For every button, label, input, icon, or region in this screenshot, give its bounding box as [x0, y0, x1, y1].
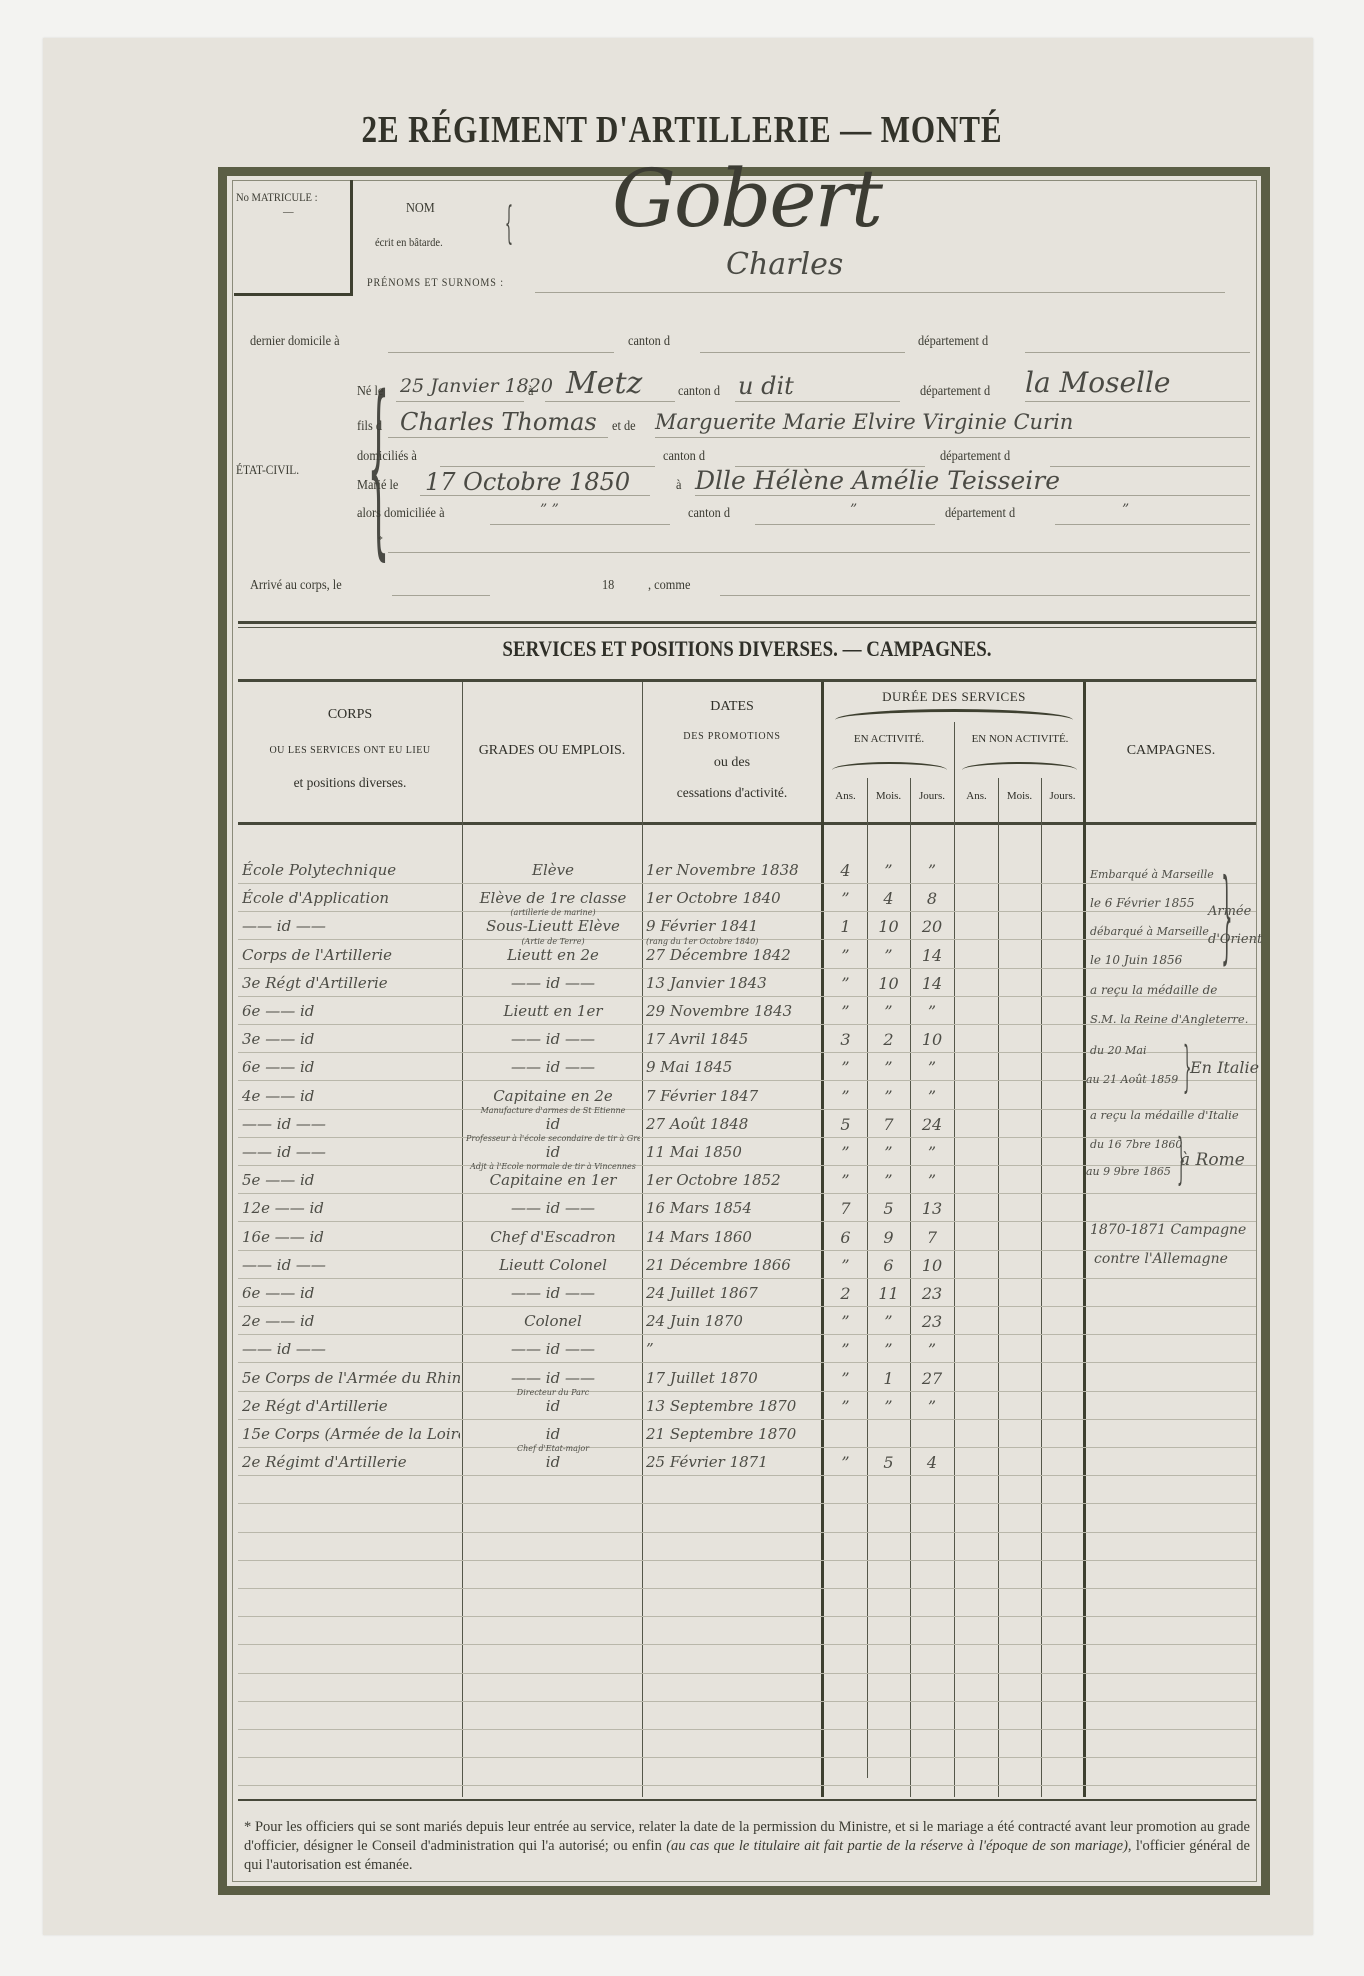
date-cell: 21 Septembre 1870 — [646, 1425, 820, 1443]
date-cell: ” — [646, 1340, 820, 1358]
grade-cell: id — [466, 1143, 640, 1161]
duration-ans: 5 — [824, 1115, 867, 1134]
grade-note: Manufacture d'armes de St Etienne — [466, 1106, 640, 1115]
col-divider-campagnes — [1083, 682, 1086, 1797]
duration-jours: ” — [910, 1002, 954, 1021]
grade-cell: Lieutt Colonel — [466, 1256, 640, 1274]
ruled-line — [238, 1701, 1256, 1702]
campagne-allemagne-line-1: 1870-1871 Campagne — [1090, 1222, 1246, 1238]
section-divider — [238, 621, 1256, 624]
table-top-line — [238, 679, 1256, 682]
duration-ans: ” — [824, 1058, 867, 1077]
domicilies-line — [440, 466, 655, 467]
ruled-line — [238, 1644, 1256, 1645]
date-cell: 11 Mai 1850 — [646, 1143, 820, 1161]
col-mois-header: Mois. — [867, 790, 910, 802]
alors-canton-line — [755, 524, 935, 525]
alors-canton-value: ” — [850, 502, 857, 518]
duration-mois: ” — [867, 1171, 910, 1190]
campagne-orient-label-text: Armée d'Orient — [1208, 904, 1262, 947]
ne-canton-label: canton d — [678, 384, 720, 400]
grade-cell: id — [466, 1115, 640, 1133]
ruled-line — [238, 968, 1256, 969]
corps-cell: 5e —— id — [242, 1171, 460, 1189]
corps-cell: —— id —— — [242, 917, 460, 935]
duration-ans: 6 — [824, 1228, 867, 1247]
ruled-line — [238, 883, 1256, 884]
date-cell: 1er Octobre 1852 — [646, 1171, 820, 1189]
grade-note: Directeur du Parc — [466, 1388, 640, 1397]
campagne-orient-line-1: Embarqué à Marseille — [1090, 868, 1214, 881]
duration-mois: 11 — [867, 1284, 910, 1303]
duration-ans: ” — [824, 1002, 867, 1021]
duration-jours: 10 — [910, 1256, 954, 1275]
nom-label: NOM — [406, 201, 435, 217]
col-dates-title: DATES — [642, 699, 822, 715]
ruled-line — [238, 1278, 1256, 1279]
duration-ans: ” — [824, 1256, 867, 1275]
col-dates-subtitle: DES PROMOTIONS — [642, 731, 822, 742]
date-cell: 16 Mars 1854 — [646, 1199, 820, 1217]
grade-cell: —— id —— — [466, 1340, 640, 1358]
duration-mois: 6 — [867, 1256, 910, 1275]
alors-departement-label: département d — [945, 506, 1015, 522]
ruled-line — [238, 1362, 1256, 1363]
duration-jours: ” — [910, 1397, 954, 1416]
grade-cell: Capitaine en 2e — [466, 1087, 640, 1105]
alors-domiciliee-label: alors domiciliée à — [357, 506, 445, 522]
medaille-angleterre-line-2: S.M. la Reine d'Angleterre. — [1090, 1012, 1248, 1026]
duration-ans: 1 — [824, 917, 867, 936]
nom-brace-icon: { — [505, 198, 513, 249]
campagne-rome-label: à Rome — [1180, 1150, 1245, 1170]
grade-cell: Chef d'Escadron — [466, 1228, 640, 1246]
grade-cell: Colonel — [466, 1312, 640, 1330]
grade-cell: —— id —— — [466, 974, 640, 992]
date-cell: 7 Février 1847 — [646, 1087, 820, 1105]
arrive-label: Arrivé au corps, le — [250, 578, 342, 594]
domicilies-label: domiciliés à — [357, 449, 417, 465]
corps-cell: 2e Régimt d'Artillerie — [242, 1453, 460, 1471]
ne-a-label: à — [528, 384, 533, 400]
nom-value: Gobert — [612, 152, 881, 245]
col-jours-non-header: Jours. — [1041, 790, 1084, 802]
grade-cell: Lieutt en 1er — [466, 1002, 640, 1020]
duration-mois: 10 — [867, 974, 910, 993]
corps-cell: 3e Régt d'Artillerie — [242, 974, 460, 992]
duration-jours: 7 — [910, 1228, 954, 1247]
duration-ans: ” — [824, 1340, 867, 1359]
domicilies-departement-line — [1050, 466, 1250, 467]
ne-departement-line — [1025, 401, 1250, 402]
ne-le-label: Né le — [357, 384, 383, 400]
corps-cell: 15e Corps (Armée de la Loire) — [242, 1425, 460, 1443]
col-dates-subtitle-2: ou des — [642, 755, 822, 771]
campagne-rome-line-1: du 16 7bre 1860 — [1090, 1138, 1182, 1151]
ne-a-value: Metz — [566, 366, 642, 401]
marie-date: 17 Octobre 1850 — [425, 468, 630, 496]
asterisk-line — [388, 552, 1250, 553]
et-de-label: et de — [612, 419, 636, 435]
duration-jours: 10 — [910, 1030, 954, 1049]
duration-ans: ” — [824, 1312, 867, 1331]
col-jours-header: Jours. — [910, 790, 954, 802]
alors-canton-label: canton d — [688, 506, 730, 522]
duration-ans: ” — [824, 1087, 867, 1106]
campagne-italie-line-2: au 21 Août 1859 — [1086, 1073, 1178, 1086]
grade-note: Adjt à l'Ecole normale de tir à Vincenne… — [466, 1162, 640, 1171]
corps-cell: —— id —— — [242, 1115, 460, 1133]
date-cell: 9 Mai 1845 — [646, 1058, 820, 1076]
ne-a-line — [545, 401, 675, 402]
ruled-line — [238, 1193, 1256, 1194]
col-duree-header: DURÉE DES SERVICES — [824, 689, 1084, 705]
duration-jours: 27 — [910, 1369, 954, 1388]
duration-jours: ” — [910, 1171, 954, 1190]
marie-a-label: à — [676, 478, 681, 494]
footnote: * Pour les officiers qui se sont mariés … — [244, 1818, 1250, 1875]
duration-mois: 5 — [867, 1199, 910, 1218]
date-cell: 29 Novembre 1843 — [646, 1002, 820, 1020]
duration-mois: ” — [867, 1312, 910, 1331]
asterisk-marker: * — [378, 534, 383, 546]
marie-label: Marié le — [357, 478, 398, 494]
dernier-domicile-label: dernier domicile à — [250, 334, 340, 350]
date-cell: 17 Avril 1845 — [646, 1030, 820, 1048]
fils-label: fils d — [357, 419, 382, 435]
matricule-value: — — [283, 204, 294, 219]
campagne-italie-label: En Italie — [1190, 1058, 1259, 1077]
medaille-italie: a reçu la médaille d'Italie — [1090, 1108, 1239, 1122]
campagne-allemagne-line-2: contre l'Allemagne — [1094, 1251, 1228, 1267]
corps-cell: —— id —— — [242, 1256, 460, 1274]
domicilies-departement-label: département d — [940, 449, 1010, 465]
duration-jours: 24 — [910, 1115, 954, 1134]
canton-label: canton d — [628, 334, 670, 350]
alors-departement-value: ” — [1122, 502, 1129, 518]
ruled-line — [238, 1560, 1256, 1561]
duration-mois: 1 — [867, 1369, 910, 1388]
arrive-comme-line — [720, 595, 1250, 596]
header-bottom-line — [238, 822, 1256, 825]
epouse-value: Dlle Hélène Amélie Teisseire — [695, 466, 1060, 495]
campagne-orient-label: Armée d'Orient — [1208, 898, 1256, 954]
duration-mois: 10 — [867, 917, 910, 936]
corps-cell: 4e —— id — [242, 1087, 460, 1105]
grade-cell: —— id —— — [466, 1058, 640, 1076]
col-ans-header: Ans. — [824, 790, 867, 802]
duration-mois: ” — [867, 861, 910, 880]
ruled-line — [238, 1757, 1256, 1758]
duration-ans: 4 — [824, 861, 867, 880]
duration-mois: 7 — [867, 1115, 910, 1134]
campagne-italie-line-1: du 20 Mai — [1090, 1044, 1146, 1057]
date-cell: 24 Juillet 1867 — [646, 1284, 820, 1302]
grade-cell: —— id —— — [466, 1030, 640, 1048]
corps-cell: 6e —— id — [242, 1058, 460, 1076]
ruled-line — [238, 911, 1256, 912]
duration-ans: ” — [824, 1143, 867, 1162]
table-bottom-line — [238, 1799, 1256, 1801]
corps-cell: École d'Application — [242, 889, 460, 907]
duration-ans: ” — [824, 974, 867, 993]
grade-note: (Artie de Terre) — [466, 937, 640, 946]
grade-cell: Capitaine en 1er — [466, 1171, 640, 1189]
date-cell: 13 Septembre 1870 — [646, 1397, 820, 1415]
date-cell: 13 Janvier 1843 — [646, 974, 820, 992]
duration-mois: ” — [867, 1340, 910, 1359]
alors-departement-line — [1055, 524, 1250, 525]
grade-cell: —— id —— — [466, 1369, 640, 1387]
duration-ans: 2 — [824, 1284, 867, 1303]
ruled-line — [238, 1391, 1256, 1392]
duration-jours: ” — [910, 861, 954, 880]
section-divider-thin — [238, 627, 1256, 628]
matricule-label: No MATRICULE : — [236, 190, 318, 205]
ruled-line — [238, 1616, 1256, 1617]
col-en-non-activite-header: EN NON ACTIVITÉ. — [955, 733, 1085, 745]
duration-jours: 14 — [910, 974, 954, 993]
duration-mois: 2 — [867, 1030, 910, 1049]
ruled-line — [238, 1673, 1256, 1674]
ruled-line — [238, 1532, 1256, 1533]
duration-mois: 5 — [867, 1453, 910, 1472]
col-corps-subtitle: OU LES SERVICES ONT EU LIEU — [238, 745, 462, 756]
grade-cell: Lieutt en 2e — [466, 946, 640, 964]
mere-line — [655, 437, 1250, 438]
date-cell: 25 Février 1871 — [646, 1453, 820, 1471]
duration-ans: 7 — [824, 1199, 867, 1218]
ruled-line — [238, 1785, 1256, 1786]
duration-ans: ” — [824, 1453, 867, 1472]
pere-value: Charles Thomas — [400, 408, 597, 436]
duration-jours: ” — [910, 1058, 954, 1077]
duration-mois: 4 — [867, 889, 910, 908]
corps-cell: 2e —— id — [242, 1312, 460, 1330]
corps-cell: 12e —— id — [242, 1199, 460, 1217]
col-campagnes-header: CAMPAGNES. — [1086, 743, 1256, 759]
ne-departement-label: département d — [920, 384, 990, 400]
ruled-line — [238, 1475, 1256, 1476]
col-en-activite-header: EN ACTIVITÉ. — [824, 733, 954, 745]
date-cell: 24 Juin 1870 — [646, 1312, 820, 1330]
duration-mois: ” — [867, 946, 910, 965]
date-cell: 1er Octobre 1840 — [646, 889, 820, 907]
services-title: SERVICES ET POSITIONS DIVERSES. — CAMPAG… — [309, 636, 1184, 662]
duration-ans: ” — [824, 1397, 867, 1416]
corps-cell: —— id —— — [242, 1143, 460, 1161]
duration-jours: 20 — [910, 917, 954, 936]
grade-note: Chef d'Etat-major — [466, 1444, 640, 1453]
ruled-line — [238, 1419, 1256, 1420]
prenoms-label: PRÉNOMS ET SURNOMS : — [367, 277, 504, 289]
regiment-title: 2E RÉGIMENT D'ARTILLERIE — MONTÉ — [123, 108, 1241, 152]
corps-cell: Corps de l'Artillerie — [242, 946, 460, 964]
duration-mois: ” — [867, 1002, 910, 1021]
ruled-line — [238, 1334, 1256, 1335]
date-note: (rang du 1er Octobre 1840) — [646, 937, 820, 946]
col-dates-subtitle-3: cessations d'activité. — [642, 785, 822, 801]
duration-jours: ” — [910, 1087, 954, 1106]
grade-cell: id — [466, 1453, 640, 1471]
ne-le-line — [396, 401, 524, 402]
corps-cell: 3e —— id — [242, 1030, 460, 1048]
ruled-line — [238, 1729, 1256, 1730]
duration-jours: 14 — [910, 946, 954, 965]
col-mois-non-header: Mois. — [998, 790, 1041, 802]
medaille-angleterre-line-1: a reçu la médaille de — [1090, 983, 1217, 997]
domicilies-canton-label: canton d — [663, 449, 705, 465]
corps-cell: —— id —— — [242, 1340, 460, 1358]
alors-value: ” ” — [540, 502, 559, 518]
footnote-italic: (au cas que le titulaire ait fait partie… — [666, 1838, 1128, 1854]
duration-mois: ” — [867, 1397, 910, 1416]
grade-cell: Elève de 1re classe — [466, 889, 640, 907]
col-corps-title: CORPS — [238, 707, 462, 723]
col-divider-corps — [462, 682, 463, 1797]
campagne-orient-line-3: débarqué à Marseille — [1090, 925, 1209, 938]
corps-cell: 6e —— id — [242, 1284, 460, 1302]
ruled-line — [238, 1588, 1256, 1589]
date-cell: 27 Décembre 1842 — [646, 946, 820, 964]
duration-jours: 23 — [910, 1312, 954, 1331]
prenoms-line — [535, 292, 1225, 293]
epouse-line — [695, 495, 1250, 496]
mere-value: Marguerite Marie Elvire Virginie Curin — [655, 410, 1073, 434]
duration-ans: ” — [824, 946, 867, 965]
canton-line — [700, 352, 905, 353]
arrive-date-line — [392, 595, 490, 596]
date-cell: 21 Décembre 1866 — [646, 1256, 820, 1274]
ruled-line — [238, 1447, 1256, 1448]
duration-jours: 13 — [910, 1199, 954, 1218]
ruled-line — [238, 1503, 1256, 1504]
grade-note: Professeur à l'école secondaire de tir à… — [466, 1134, 640, 1143]
ruled-line — [238, 1306, 1256, 1307]
ne-departement-value: la Moselle — [1025, 366, 1171, 399]
grade-note: (artillerie de marine) — [466, 908, 640, 917]
ne-canton-value: u dit — [738, 372, 794, 400]
nom-sublabel: écrit en bâtarde. — [375, 235, 443, 250]
col-grades-header: GRADES OU EMPLOIS. — [462, 743, 642, 759]
corps-cell: 5e Corps de l'Armée du Rhin — [242, 1369, 460, 1387]
prenoms-value: Charles — [726, 247, 843, 282]
campagne-orient-line-4: le 10 Juin 1856 — [1090, 953, 1182, 967]
corps-cell: 6e —— id — [242, 1002, 460, 1020]
grade-cell: —— id —— — [466, 1284, 640, 1302]
date-cell: 1er Novembre 1838 — [646, 861, 820, 879]
corps-cell: 16e —— id — [242, 1228, 460, 1246]
grade-cell: id — [466, 1425, 640, 1443]
campagne-orient-line-2: le 6 Février 1855 — [1090, 896, 1195, 910]
date-cell: 17 Juillet 1870 — [646, 1369, 820, 1387]
ne-canton-line — [735, 401, 900, 402]
col-corps-subtitle-2: et positions diverses. — [238, 775, 462, 791]
duration-ans: 3 — [824, 1030, 867, 1049]
date-cell: 9 Février 1841 — [646, 917, 820, 935]
pere-line — [388, 437, 608, 438]
arrive-comme-label: , comme — [648, 578, 690, 594]
duration-ans: ” — [824, 889, 867, 908]
duration-jours: 4 — [910, 1453, 954, 1472]
departement-line — [1025, 352, 1250, 353]
grade-cell: id — [466, 1397, 640, 1415]
campagne-rome-line-2: au 9 9bre 1865 — [1086, 1165, 1171, 1178]
date-cell: 14 Mars 1860 — [646, 1228, 820, 1246]
corps-cell: 2e Régt d'Artillerie — [242, 1397, 460, 1415]
etat-civil-label: ÉTAT-CIVIL. — [236, 462, 299, 478]
date-cell: 27 Août 1848 — [646, 1115, 820, 1133]
alors-line — [490, 524, 670, 525]
grade-cell: Sous-Lieutt Elève — [466, 917, 640, 935]
duration-mois: ” — [867, 1143, 910, 1162]
corps-cell: École Polytechnique — [242, 861, 460, 879]
duration-jours: 23 — [910, 1284, 954, 1303]
grade-cell: —— id —— — [466, 1199, 640, 1217]
dernier-domicile-line — [388, 352, 614, 353]
duration-ans: ” — [824, 1369, 867, 1388]
duration-mois: ” — [867, 1087, 910, 1106]
duration-mois: ” — [867, 1058, 910, 1077]
duration-jours: ” — [910, 1143, 954, 1162]
col-divider-grades — [642, 682, 643, 1797]
duration-jours: ” — [910, 1340, 954, 1359]
arrive-year-prefix: 18 — [602, 578, 614, 594]
col-ans-non-header: Ans. — [955, 790, 998, 802]
duration-jours: 8 — [910, 889, 954, 908]
departement-label: département d — [918, 334, 988, 350]
duration-mois: 9 — [867, 1228, 910, 1247]
grade-cell: Elève — [466, 861, 640, 879]
duration-ans: ” — [824, 1171, 867, 1190]
